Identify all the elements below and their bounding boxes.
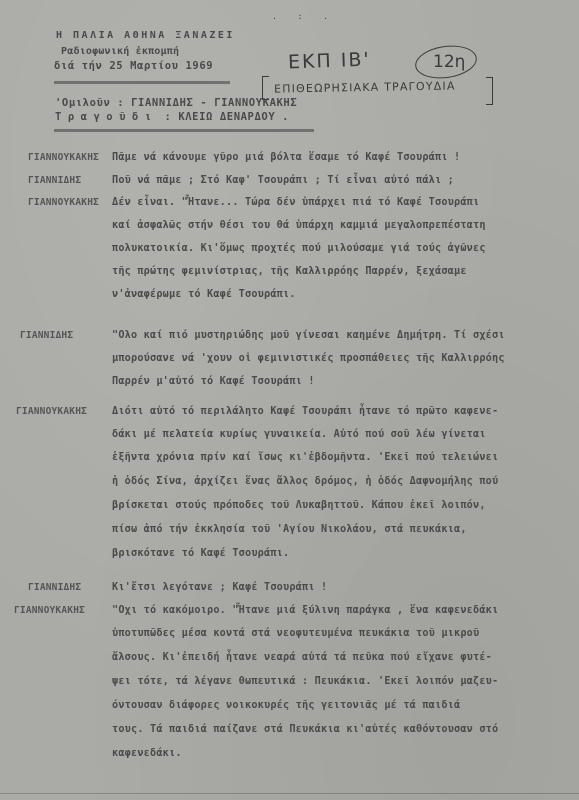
speaker-name: ΓΙΑΝΝΟΥΚΑΚΗΣ xyxy=(16,406,87,417)
speaker-name: ΓΙΑΝΝΙΔΗΣ xyxy=(28,582,81,593)
dialogue-line: όντουσαν διάφορες νοικοκυρές τῆς γειτονι… xyxy=(112,700,460,711)
dialogue-line: τῆς πρώτης φεμινίστριας, τῆς Καλλιρρόης … xyxy=(112,266,467,277)
dialogue-line: ἄλσους. Κι'ἐπειδή ἦτανε νεαρά αὐτά τά πε… xyxy=(112,652,492,663)
dialogue-line: ἡ ὁδός Σίνα, ἀρχίζει ἕνας ἄλλος δρόμος, … xyxy=(112,476,498,487)
dialogue-line: "Ολο καί πιό μυστηριώδης μοῦ γίνεσαι καη… xyxy=(112,330,505,341)
dialogue-line: καί ἀσφαλῶς στήν θέσι του θά ὑπάρχη καμμ… xyxy=(112,220,486,231)
page-bottom-edge xyxy=(0,793,579,794)
handwritten-episode-number: 12η xyxy=(433,52,465,72)
program-subtitle: Ραδιοφωνική ἐκπομπή xyxy=(61,46,179,57)
dialogue-line: πολυκατοικία. Κι'ὅμως προχτές πού μιλούσ… xyxy=(112,243,486,254)
speaker-name: ΓΙΑΝΝΟΥΚΑΚΗΣ xyxy=(28,152,99,163)
dialogue-line: ἑξῆντα χρόνια πρίν καί ἴσως κι'ἑβδομῆντα… xyxy=(112,452,498,463)
dialogue-line: ὑποτυπῶδες μέσα κοντά στά νεοφυτευμένα π… xyxy=(112,628,479,639)
dialogue-line: Πᾶμε νά κάνουμε γῦρο μιά βόλτα ἕσαμε τό … xyxy=(112,152,460,163)
speaker-name: ΓΙΑΝΝΟΥΚΑΚΗΣ xyxy=(28,197,99,208)
song-label: Τραγοῦδι xyxy=(55,111,158,123)
speakers-line: 'Ομιλοῦν : ΓΙΑΝΝΙΔΗΣ - ΓΙΑΝΝΟΥΚΑΚΗΣ xyxy=(55,97,297,109)
dialogue-line: ν'ἀναφέρωμε τό Καφέ Τσουράπι. xyxy=(112,289,296,300)
handwritten-code: ΕΚΠ ΙΒ' xyxy=(288,49,371,74)
dialogue-line: Παρρέν μ'αὐτό τό Καφέ Τσουράπι ! xyxy=(112,376,315,387)
broadcast-date: διά τήν 25 Μαρτίου 1969 xyxy=(54,60,213,72)
header-underline xyxy=(54,81,230,84)
dialogue-line: βρίσκεται στούς πρόποδες τοῦ Λυκαβηττοῦ.… xyxy=(112,500,486,511)
dialogue-line: τους. Τά παιδιά παίζανε στά Πευκάκια κι'… xyxy=(112,724,498,735)
dialogue-line: ψει τότε, τά λέγανε θωπευτικά : Πευκάκια… xyxy=(112,676,498,687)
dialogue-line: Διότι αὐτό τό περιλάλητο Καφέ Τσουράπι ἦ… xyxy=(112,406,498,417)
header-rule xyxy=(54,129,314,132)
speaker-name: ΓΙΑΝΝΟΥΚΑΚΗΣ xyxy=(14,605,85,616)
song-performer: : ΚΛΕΙΩ ΔΕΝΑΡΔΟΥ . xyxy=(165,111,290,123)
handwritten-subtitle: ΕΠΙΘΕΩΡΗΣΙΑΚΑ ΤΡΑΓΟΥΔΙΑ xyxy=(274,79,456,95)
dialogue-line: "Οχι τό κακόμοιρο. "Ἦτανε μιά ξύλινη παρ… xyxy=(112,605,498,616)
dialogue-line: Δέν εἶναι. "Ἦτανε... Τώρα δέν ὑπάρχει πι… xyxy=(112,197,479,208)
scan-specks: . : . xyxy=(272,12,336,21)
dialogue-line: πίσω ἀπό τήν ἐκκλησία τοῦ 'Αγίου Νικολάο… xyxy=(112,524,467,535)
dialogue-line: Κι'ἔτσι λεγότανε ; Καφέ Τσουράπι ! xyxy=(112,582,327,593)
scanned-page: . : . Η ΠΑΛΙΑ ΑΘΗΝΑ ΞΑΝΑΖΕΙ Ραδιοφωνική … xyxy=(0,0,579,800)
dialogue-line: βρισκότανε τό Καφέ Τσουράπι. xyxy=(112,548,289,559)
dialogue-line: Ποῦ νά πᾶμε ; Στό Καφ' Τσουράπι ; Τί εἶν… xyxy=(112,175,454,186)
dialogue-line: καφενεδάκι. xyxy=(112,748,182,759)
dialogue-line: δάκι μέ πελατεία κυρίως γυναικεία. Αὐτό … xyxy=(112,429,486,440)
song-line: Τραγοῦδι : ΚΛΕΙΩ ΔΕΝΑΡΔΟΥ . xyxy=(55,111,289,123)
program-title: Η ΠΑΛΙΑ ΑΘΗΝΑ ΞΑΝΑΖΕΙ xyxy=(56,30,235,41)
speaker-name: ΓΙΑΝΝΙΔΗΣ xyxy=(28,175,81,186)
handwritten-bracket-right xyxy=(486,77,493,105)
handwritten-bracket-left xyxy=(262,76,269,100)
speaker-name: ΓΙΑΝΝΙΔΗΣ xyxy=(20,330,73,341)
dialogue-line: μπορούσανε νά 'χουν οἱ φεμινιστικές προσ… xyxy=(112,353,505,364)
